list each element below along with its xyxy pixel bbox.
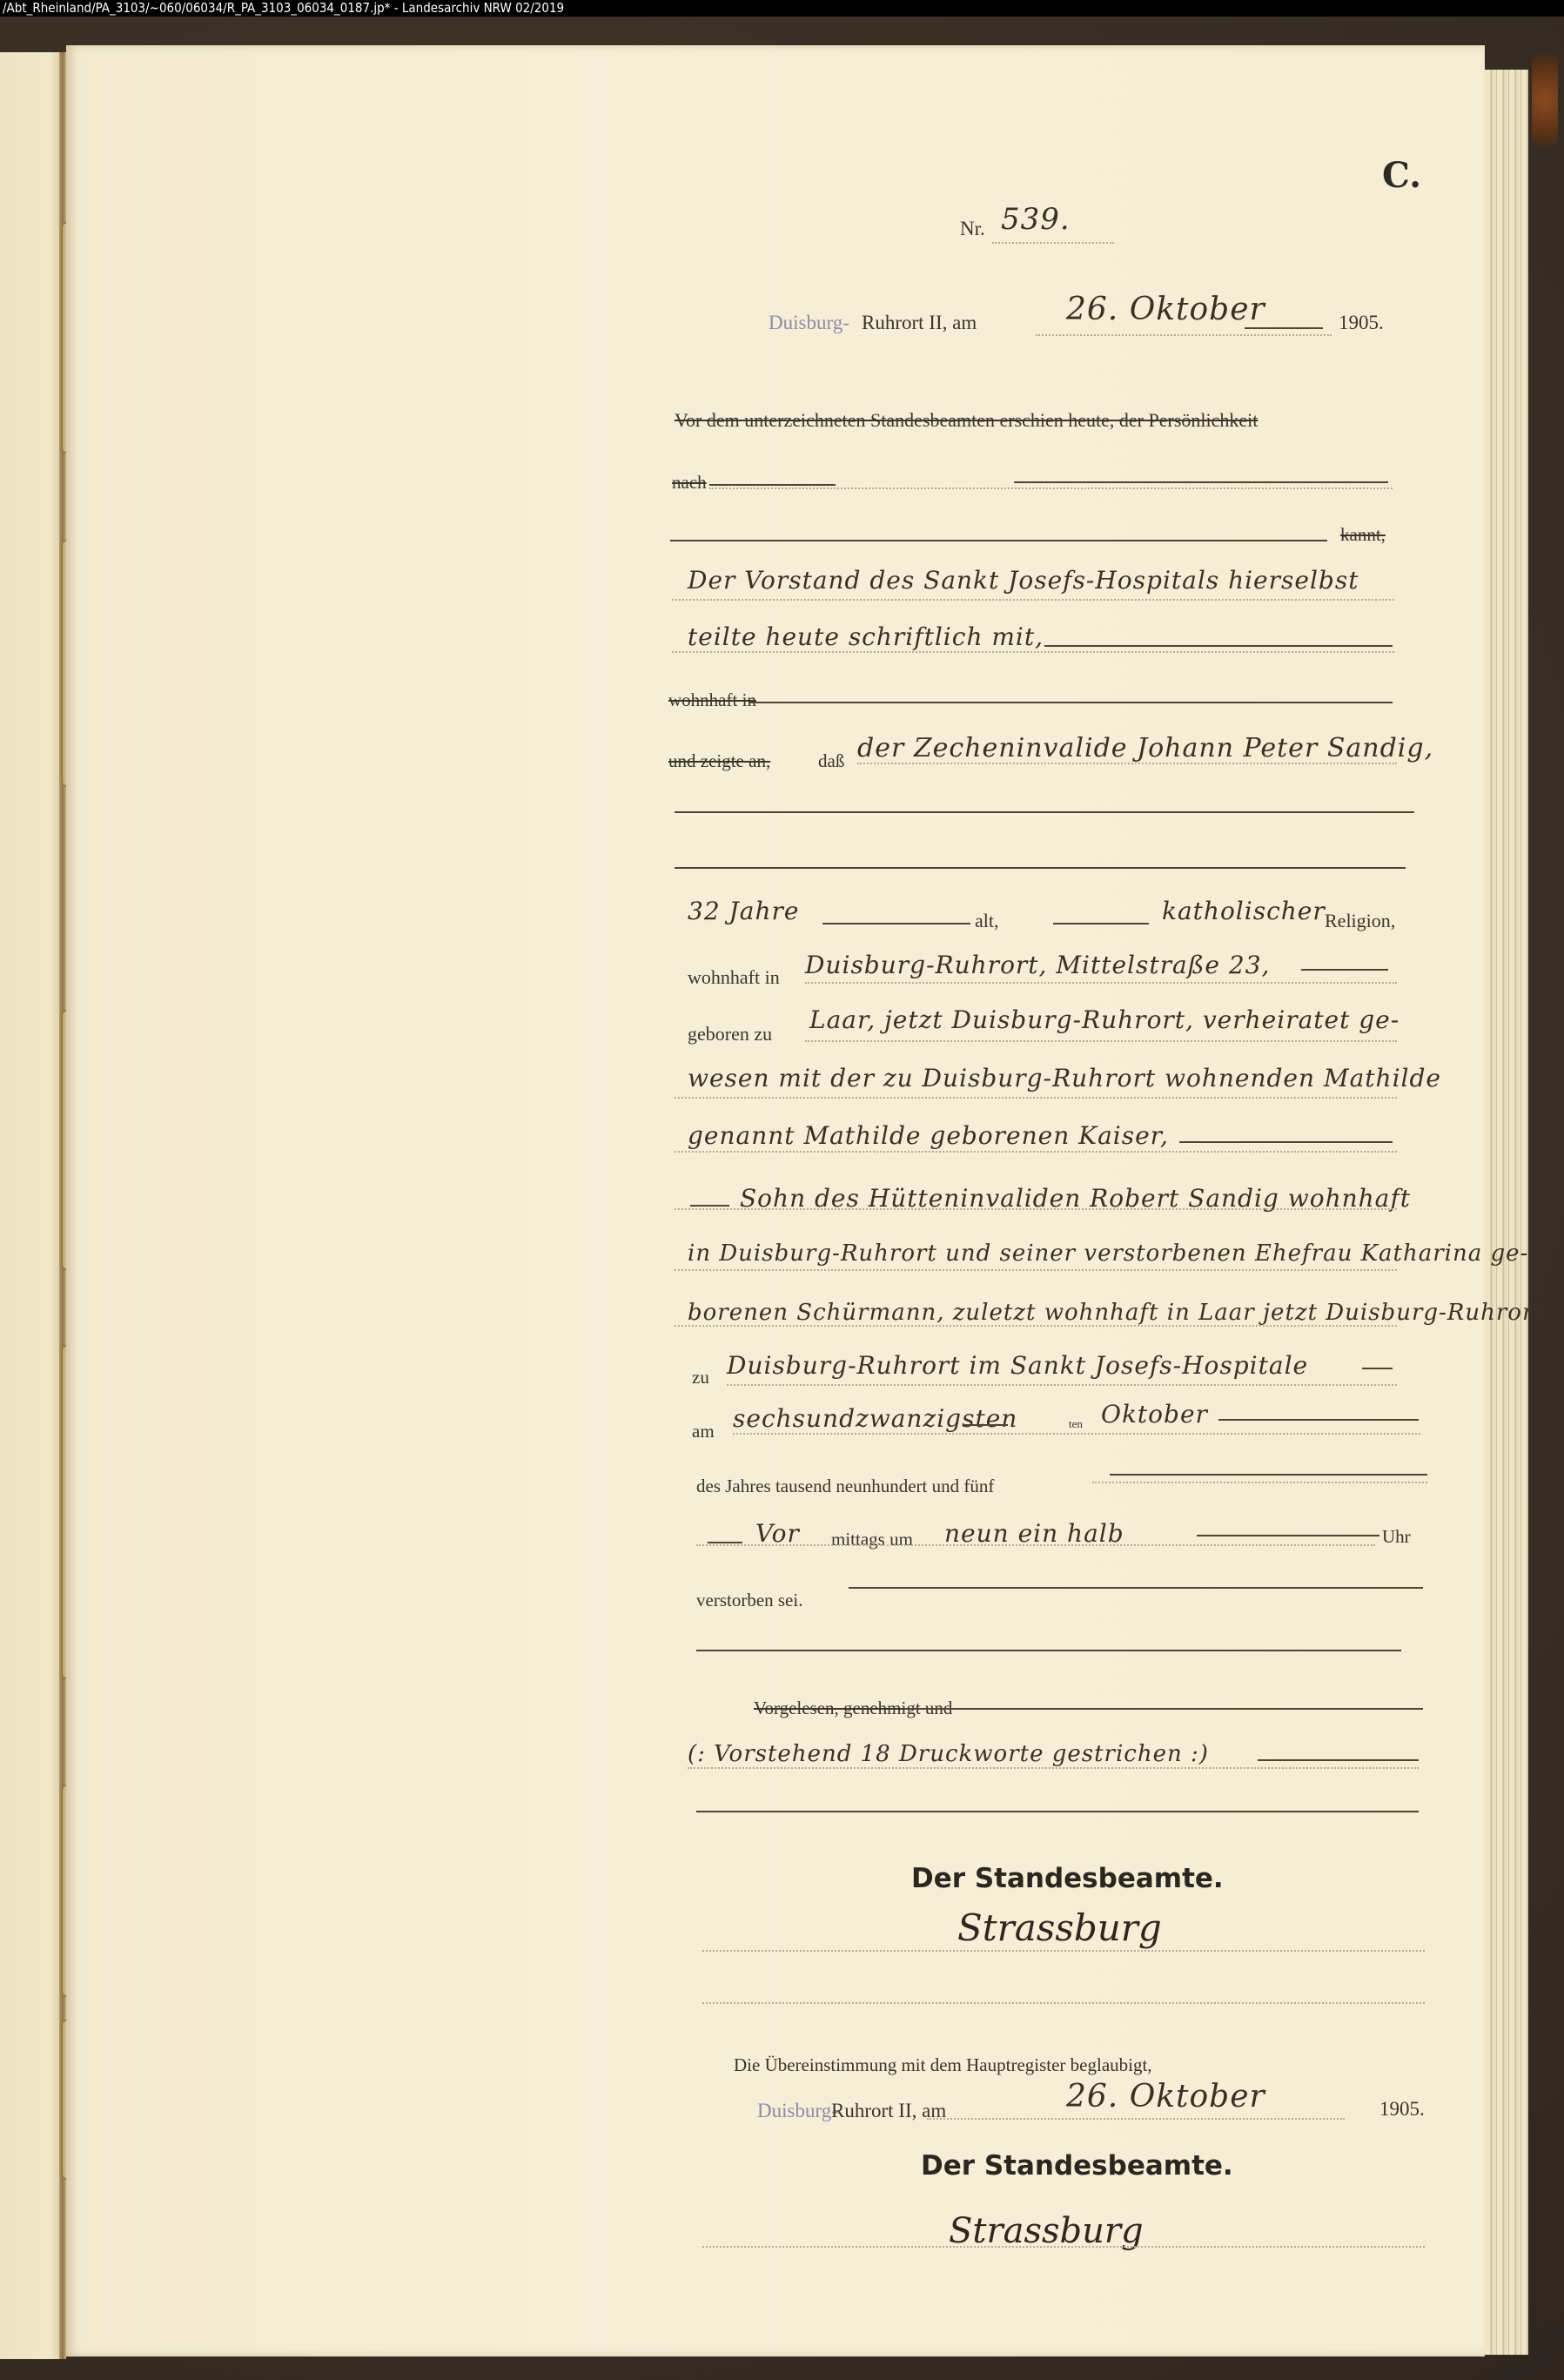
fill-line [964, 1424, 1008, 1426]
dotted-line [675, 1208, 1397, 1210]
death-place: Duisburg-Ruhrort im Sankt Josefs-Hospita… [727, 1351, 1308, 1380]
death-year-text: des Jahres tausend neunhundert und fünf [696, 1476, 994, 1497]
dotted-line [733, 1433, 1420, 1435]
fill-line [822, 923, 970, 924]
fill-line [709, 484, 836, 486]
parents-line-3: borenen Schürmann, zuletzt wohnhaft in L… [688, 1300, 1552, 1326]
preamble-struck: Vor dem unterzeichneten Standesbeamten e… [675, 409, 1258, 432]
fill-line [690, 1205, 729, 1207]
ten-label: ten [1069, 1417, 1083, 1431]
fill-line [675, 811, 1414, 813]
fill-line [696, 1811, 1419, 1812]
fill-line [1179, 1141, 1393, 1143]
birthplace-line-1: Laar, jetzt Duisburg-Ruhrort, verheirate… [809, 1005, 1400, 1034]
fill-line [1053, 923, 1149, 924]
dotted-line [702, 1950, 1425, 1952]
dotted-line [672, 651, 1394, 653]
dotted-line [675, 1269, 1397, 1271]
fill-line [1197, 1535, 1379, 1536]
fill-line [1301, 969, 1388, 971]
birthplace-line-3: genannt Mathilde geborenen Kaiser, [688, 1121, 1169, 1150]
dotted-line [688, 1767, 1419, 1769]
official-signature: Strassburg [957, 1906, 1162, 1949]
dotted-line [857, 763, 1397, 764]
fill-line [1044, 645, 1393, 647]
zeigte-struck: und zeigte an, [668, 750, 770, 772]
mittags-label: mittags um [831, 1529, 913, 1550]
dass-label: daß [818, 750, 844, 772]
birthplace-line-2: wesen mit der zu Duisburg-Ruhrort wohnen… [688, 1064, 1441, 1093]
death-day: sechsundzwanzigsten [733, 1404, 1017, 1433]
wohnhaft-label: wohnhaft in [688, 966, 780, 989]
fill-line [1258, 1759, 1419, 1761]
age: 32 Jahre [688, 897, 799, 925]
dotted-line [992, 242, 1114, 244]
religion-label: Religion, [1325, 910, 1395, 932]
dotted-line [675, 1097, 1397, 1099]
window-title: /Abt_Rheinland/PA_3103/~060/06034/R_PA_3… [3, 0, 564, 16]
registration-date: 26. Oktober [1066, 292, 1265, 327]
dotted-line [727, 1384, 1397, 1386]
zu-label: zu [692, 1367, 709, 1388]
fill-line [1362, 1368, 1393, 1369]
dotted-line [675, 1325, 1397, 1327]
fill-line [849, 1587, 1423, 1589]
cert-year: 1905. [1379, 2098, 1425, 2121]
wohnhaft-struck: wohnhaft in [668, 689, 756, 711]
window-title-bar: /Abt_Rheinland/PA_3103/~060/06034/R_PA_3… [0, 0, 1564, 17]
left-page-edge [0, 52, 63, 2359]
record-number: 539. [1001, 202, 1071, 237]
nach-struck: nach [672, 472, 707, 494]
alt-label: alt, [975, 910, 999, 932]
death-month: Oktober [1101, 1400, 1208, 1429]
dotted-line [1092, 1482, 1427, 1483]
registration-year: 1905. [1339, 312, 1384, 334]
fill-line [675, 867, 1406, 869]
fill-line [1110, 1474, 1427, 1476]
place-stamp: Duisburg- [769, 312, 849, 334]
kannt-struck: kannt, [1340, 524, 1386, 546]
fill-line [905, 1708, 1423, 1710]
fill-line [708, 1542, 742, 1543]
fill-line [1245, 327, 1323, 329]
dotted-line [696, 1544, 1375, 1546]
geboren-label: geboren zu [688, 1023, 772, 1045]
informant-line-1: Der Vorstand des Sankt Josefs-Hospitals … [688, 566, 1359, 595]
uhr-label: Uhr [1382, 1526, 1411, 1548]
dotted-line [702, 2002, 1425, 2004]
fill-line [670, 540, 1327, 541]
dotted-line [672, 599, 1394, 601]
dotted-line [675, 1151, 1397, 1153]
informant-line-2: teilte heute schriftlich mit, [688, 622, 1044, 651]
parents-line-2: in Duisburg-Ruhrort und seiner verstorbe… [688, 1240, 1528, 1267]
dotted-line [805, 982, 1397, 984]
number-label: Nr. [960, 218, 985, 240]
place-label: Ruhrort II, am [862, 312, 977, 334]
fill-line [1218, 1419, 1419, 1421]
page-stack-edges [1485, 70, 1528, 2355]
dotted-line [1036, 334, 1332, 336]
fill-line [696, 1650, 1401, 1651]
official-heading: Der Standesbeamte. [911, 1863, 1224, 1894]
cert-place-stamp: Duisburg- [757, 2100, 838, 2122]
fill-line [748, 702, 1393, 703]
cert-date: 26. Oktober [1066, 2079, 1265, 2114]
am-label: am [692, 1421, 715, 1442]
religion: katholischer [1162, 897, 1326, 925]
deceased-name: der Zecheninvalide Johann Peter Sandig, [857, 733, 1433, 763]
cert-heading: Der Standesbeamte. [921, 2150, 1233, 2182]
dotted-line [805, 1040, 1397, 1042]
form-letter: C. [1382, 155, 1421, 196]
residence: Duisburg-Ruhrort, Mittelstraße 23, [805, 951, 1270, 979]
strike-note: (: Vorstehend 18 Druckworte gestrichen :… [688, 1741, 1209, 1767]
certification-text: Die Übereinstimmung mit dem Hauptregiste… [734, 2054, 1152, 2076]
verstorben-label: verstorben sei. [696, 1590, 802, 1611]
dotted-line [702, 2246, 1425, 2248]
leather-corner [1532, 52, 1558, 148]
fill-line [1014, 481, 1388, 483]
dotted-line [709, 487, 1393, 489]
dotted-line [927, 2118, 1345, 2120]
